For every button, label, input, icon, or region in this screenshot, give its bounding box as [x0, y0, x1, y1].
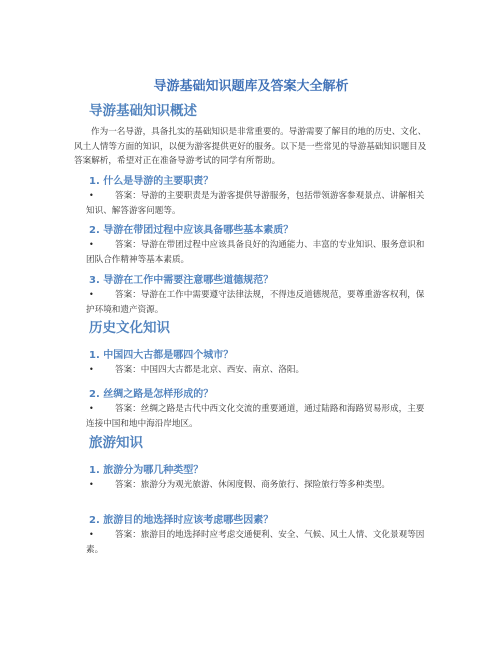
bullet-icon: • — [89, 288, 94, 303]
answer-item: • 答案：旅游目的地选择时应考虑交通便利、安全、气候、风土人情、文化景观等因素。 — [89, 528, 429, 557]
answer-text: 答案：中国四大古都是北京、西安、南京、洛阳。 — [89, 363, 429, 378]
bullet-icon: • — [89, 402, 94, 417]
section-heading-overview: 导游基础知识概述 — [89, 103, 197, 120]
answer-item: • 答案：丝绸之路是古代中西文化交流的重要通道，通过陆路和海路贸易形成，主要连接… — [89, 402, 429, 431]
question-heading: 1. 中国四大古都是哪四个城市？ — [89, 349, 233, 362]
section-heading-history: 历史文化知识 — [89, 320, 170, 337]
section-heading-tourism: 旅游知识 — [89, 435, 143, 452]
bullet-icon: • — [89, 528, 94, 543]
bullet-icon: • — [89, 189, 94, 204]
answer-text: 答案：丝绸之路是古代中西文化交流的重要通道，通过陆路和海路贸易形成，主要连接中国… — [86, 402, 429, 431]
intro-paragraph: 作为一名导游，具备扎实的基础知识是非常重要的。导游需要了解目的地的历史、文化、风… — [74, 125, 430, 169]
question-heading: 1. 旅游分为哪几种类型？ — [89, 464, 203, 477]
bullet-icon: • — [89, 478, 94, 493]
answer-item: • 答案：导游在工作中需要遵守法律法规，不得违反道德规范，要尊重游客权利，保护环… — [89, 288, 429, 317]
answer-item: • 答案：导游的主要职责是为游客提供导游服务，包括带领游客参观景点、讲解相关知识… — [89, 189, 429, 218]
question-heading: 2. 丝绸之路是怎样形成的？ — [89, 388, 213, 401]
bullet-icon: • — [89, 363, 94, 378]
document-title: 导游基础知识题库及答案大全解析 — [0, 79, 502, 95]
question-heading: 1. 什么是导游的主要职责？ — [89, 175, 213, 188]
question-heading: 2. 导游在带团过程中应该具备哪些基本素质？ — [89, 224, 293, 237]
question-heading: 2. 旅游目的地选择时应该考虑哪些因素？ — [89, 514, 273, 527]
answer-item: • 答案：旅游分为观光旅游、休闲度假、商务旅行、探险旅行等多种类型。 — [89, 478, 429, 493]
answer-item: • 答案：导游在带团过程中应该具备良好的沟通能力、丰富的专业知识、服务意识和团队… — [89, 238, 429, 267]
answer-item: • 答案：中国四大古都是北京、西安、南京、洛阳。 — [89, 363, 429, 378]
document-page: 导游基础知识题库及答案大全解析 导游基础知识概述 作为一名导游，具备扎实的基础知… — [0, 0, 502, 649]
answer-text: 答案：导游在带团过程中应该具备良好的沟通能力、丰富的专业知识、服务意识和团队合作… — [86, 238, 429, 267]
answer-text: 答案：旅游目的地选择时应考虑交通便利、安全、气候、风土人情、文化景观等因素。 — [86, 528, 429, 557]
question-heading: 3. 导游在工作中需要注意哪些道德规范？ — [89, 274, 273, 287]
bullet-icon: • — [89, 238, 94, 253]
answer-text: 答案：旅游分为观光旅游、休闲度假、商务旅行、探险旅行等多种类型。 — [86, 478, 429, 493]
answer-text: 答案：导游在工作中需要遵守法律法规，不得违反道德规范，要尊重游客权利，保护环境和… — [86, 288, 429, 317]
answer-text: 答案：导游的主要职责是为游客提供导游服务，包括带领游客参观景点、讲解相关知识、解… — [86, 189, 429, 218]
